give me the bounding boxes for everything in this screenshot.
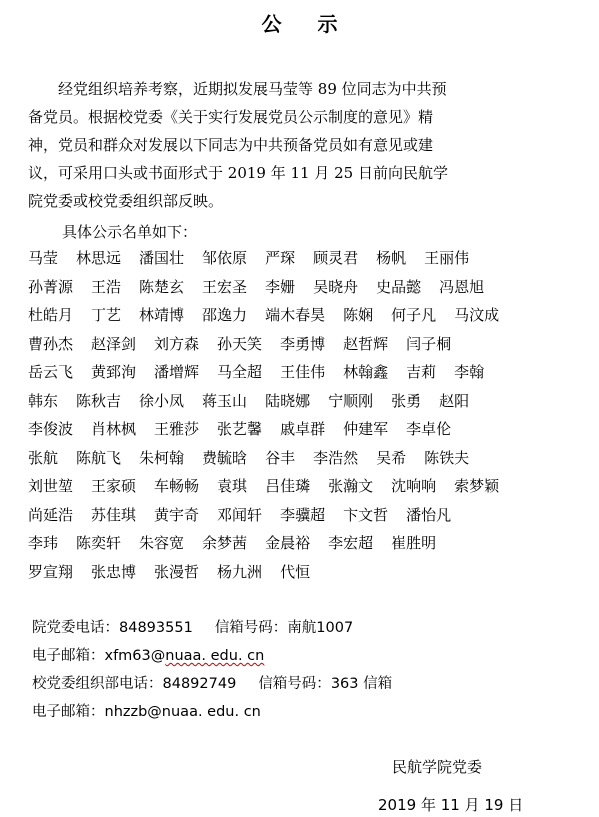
person-name: 潘国壮 (139, 244, 184, 273)
org-email: nhzzb@nuaa. edu. cn (105, 704, 261, 720)
person-name: 史品懿 (376, 273, 421, 302)
college-phone: 84893551 (119, 620, 193, 636)
person-name: 张忠博 (91, 558, 136, 587)
person-name: 黄宇奇 (154, 501, 199, 530)
person-name: 严琛 (265, 244, 295, 273)
name-row: 李俊波肖林枫王雅莎张艺馨戚卓群仲建军李卓伦 (28, 415, 468, 444)
name-row: 罗宣翔张忠博张漫哲杨九洲代恒 (28, 558, 468, 587)
person-name: 朱容宽 (139, 529, 184, 558)
person-name: 马全超 (217, 358, 262, 387)
org-phone: 84892749 (163, 676, 237, 692)
person-name: 顾灵君 (313, 244, 358, 273)
person-name: 袁琪 (217, 472, 247, 501)
person-name: 杨九洲 (217, 558, 262, 587)
person-name: 杜皓月 (28, 301, 73, 330)
college-mailbox: 南航1007 (287, 620, 353, 636)
list-heading: 具体公示名单如下： (62, 218, 197, 246)
person-name: 端木春昊 (265, 301, 325, 330)
person-name: 赵阳 (439, 387, 469, 416)
person-name: 仲建军 (343, 415, 388, 444)
name-row: 尚延浩苏佳琪黄宇奇邓闻轩李骥超卞文哲潘怡凡 (28, 501, 468, 530)
person-name: 刘方森 (154, 330, 199, 359)
person-name: 林翰鑫 (343, 358, 388, 387)
person-name: 李宏超 (328, 529, 373, 558)
person-name: 王丽伟 (424, 244, 469, 273)
person-name: 刘世堃 (28, 472, 73, 501)
person-name: 李骥超 (280, 501, 325, 530)
name-list: 马莹林思远潘国壮邹依原严琛顾灵君杨帆王丽伟孙菁源王浩陈楚玄王宏圣李姗吴晓舟史品懿… (28, 244, 468, 586)
person-name: 余梦茜 (202, 529, 247, 558)
org-mailbox: 363 信箱 (331, 676, 392, 692)
college-mailbox-label: 信箱号码： (215, 620, 288, 636)
person-name: 李姗 (265, 273, 295, 302)
person-name: 王佳伟 (280, 358, 325, 387)
person-name: 陈楚玄 (139, 273, 184, 302)
person-name: 陈奕轩 (76, 529, 121, 558)
name-row: 曹孙杰赵泽剑刘方森孙天笑李勇博赵哲辉闫子桐 (28, 330, 468, 359)
person-name: 潘怡凡 (406, 501, 451, 530)
person-name: 张艺馨 (217, 415, 262, 444)
person-name: 闫子桐 (406, 330, 451, 359)
person-name: 马汶成 (454, 301, 499, 330)
person-name: 李浩然 (313, 444, 358, 473)
org-contact-phone: 校党委组织部电话：84892749信箱号码：363 信箱 (32, 670, 392, 698)
name-row: 李玮陈奕轩朱容宽余梦茜金晨裕李宏超崔胜明 (28, 529, 468, 558)
name-row: 马莹林思远潘国壮邹依原严琛顾灵君杨帆王丽伟 (28, 244, 468, 273)
college-contact-phone: 院党委电话：84893551信箱号码：南航1007 (32, 614, 353, 642)
person-name: 冯恩旭 (439, 273, 484, 302)
name-row: 刘世堃王家硕车畅畅袁琪吕佳璘张瀚文沈响响索梦颖 (28, 472, 468, 501)
person-name: 徐小凤 (139, 387, 184, 416)
person-name: 宁顺刚 (328, 387, 373, 416)
person-name: 李勇博 (280, 330, 325, 359)
person-name: 赵泽剑 (91, 330, 136, 359)
person-name: 张瀚文 (328, 472, 373, 501)
title-char: 示 (318, 8, 338, 37)
person-name: 孙天笑 (217, 330, 262, 359)
person-name: 吴晓舟 (313, 273, 358, 302)
college-email-prefix: xfm63@ (105, 648, 166, 664)
person-name: 王家硕 (91, 472, 136, 501)
person-name: 张勇 (391, 387, 421, 416)
college-email-label: 电子邮箱： (32, 648, 105, 664)
person-name: 林思远 (76, 244, 121, 273)
org-email-label: 电子邮箱： (32, 704, 105, 720)
person-name: 王浩 (91, 273, 121, 302)
college-contact-email: 电子邮箱：xfm63@nuaa. edu. cn (32, 642, 264, 670)
person-name: 蒋玉山 (202, 387, 247, 416)
person-name: 吕佳璘 (265, 472, 310, 501)
person-name: 赵哲辉 (343, 330, 388, 359)
person-name: 费毓晗 (202, 444, 247, 473)
person-name: 张漫哲 (154, 558, 199, 587)
name-row: 韩东陈秋吉徐小凤蒋玉山陆晓娜宁顺刚张勇赵阳 (28, 387, 468, 416)
college-email-domain: nuaa. edu. cn (165, 648, 264, 664)
person-name: 陈铁夫 (424, 444, 469, 473)
person-name: 吉莉 (406, 358, 436, 387)
person-name: 陈秋吉 (76, 387, 121, 416)
person-name: 潘增辉 (154, 358, 199, 387)
person-name: 车畅畅 (154, 472, 199, 501)
person-name: 孙菁源 (28, 273, 73, 302)
name-row: 孙菁源王浩陈楚玄王宏圣李姗吴晓舟史品懿冯恩旭 (28, 273, 468, 302)
person-name: 黄郅洵 (91, 358, 136, 387)
person-name: 尚延浩 (28, 501, 73, 530)
person-name: 张航 (28, 444, 58, 473)
person-name: 朱柯翰 (139, 444, 184, 473)
org-phone-label: 校党委组织部电话： (32, 676, 163, 692)
org-contact-email: 电子邮箱：nhzzb@nuaa. edu. cn (32, 698, 261, 726)
name-row: 岳云飞黄郅洵潘增辉马全超王佳伟林翰鑫吉莉李翰 (28, 358, 468, 387)
person-name: 杨帆 (376, 244, 406, 273)
document-title: 公示 (0, 8, 599, 37)
person-name: 李翰 (454, 358, 484, 387)
org-mailbox-label: 信箱号码： (258, 676, 331, 692)
name-row: 张航陈航飞朱柯翰费毓晗谷丰李浩然吴希陈铁夫 (28, 444, 468, 473)
person-name: 陆晓娜 (265, 387, 310, 416)
name-row: 杜皓月丁艺林靖博邵逸力端木春昊陈娴何子凡马汶成 (28, 301, 468, 330)
person-name: 代恒 (280, 558, 310, 587)
person-name: 王宏圣 (202, 273, 247, 302)
person-name: 李卓伦 (406, 415, 451, 444)
person-name: 韩东 (28, 387, 58, 416)
person-name: 金晨裕 (265, 529, 310, 558)
person-name: 肖林枫 (91, 415, 136, 444)
person-name: 崔胜明 (391, 529, 436, 558)
person-name: 丁艺 (91, 301, 121, 330)
person-name: 岳云飞 (28, 358, 73, 387)
person-name: 戚卓群 (280, 415, 325, 444)
person-name: 索梦颖 (454, 472, 499, 501)
signature: 民航学院党委 (392, 756, 482, 777)
intro-paragraph: 经党组织培养考察，近期拟发展马莹等 89 位同志为中共预备党员。根据校党委《关于… (28, 75, 458, 215)
person-name: 林靖博 (139, 301, 184, 330)
issue-date: 2019 年 11 月 19 日 (378, 794, 523, 815)
person-name: 卞文哲 (343, 501, 388, 530)
person-name: 马莹 (28, 244, 58, 273)
person-name: 陈航飞 (76, 444, 121, 473)
person-name: 何子凡 (391, 301, 436, 330)
person-name: 邵逸力 (202, 301, 247, 330)
person-name: 李俊波 (28, 415, 73, 444)
person-name: 苏佳琪 (91, 501, 136, 530)
person-name: 王雅莎 (154, 415, 199, 444)
person-name: 邓闻轩 (217, 501, 262, 530)
college-phone-label: 院党委电话： (32, 620, 119, 636)
person-name: 李玮 (28, 529, 58, 558)
person-name: 陈娴 (343, 301, 373, 330)
person-name: 沈响响 (391, 472, 436, 501)
person-name: 谷丰 (265, 444, 295, 473)
title-char: 公 (262, 8, 282, 37)
person-name: 吴希 (376, 444, 406, 473)
person-name: 邹依原 (202, 244, 247, 273)
person-name: 罗宣翔 (28, 558, 73, 587)
person-name: 曹孙杰 (28, 330, 73, 359)
